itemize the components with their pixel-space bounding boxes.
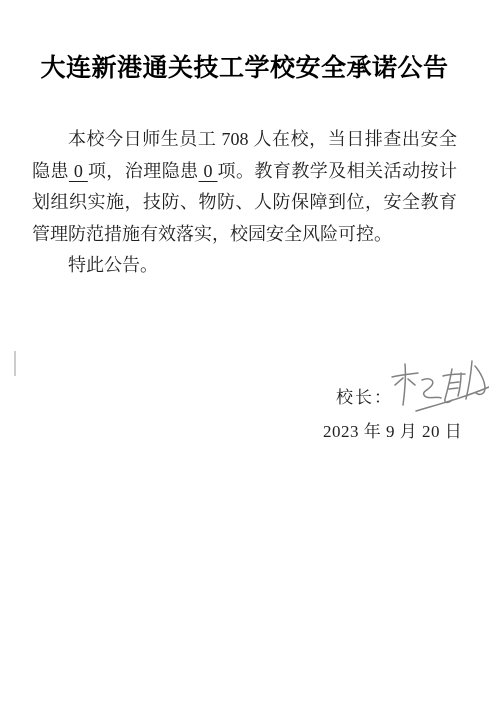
principal-label: 校长：	[336, 383, 393, 408]
underlined-value: 0	[199, 161, 218, 181]
body-paragraph: 本校今日师生员工 708 人在校，当日排查出安全隐患 0 项，治理隐患 0 项。…	[32, 124, 457, 282]
document-date: 2023 年 9 月 20 日	[323, 417, 462, 442]
body-text-segment: 本校今日师生员工 708 人在校，当日排查出安全	[68, 129, 457, 149]
body-line: 划组织实施，技防、物防、人防保障到位，安全教育	[32, 187, 457, 219]
body-text-segment: 管理防范措施有效落实，校园安全风险可控。	[32, 224, 392, 244]
body-text-segment: 项，治理隐患	[88, 161, 199, 181]
document-page: 大连新港通关技工学校安全承诺公告 本校今日师生员工 708 人在校，当日排查出安…	[0, 0, 489, 709]
body-line: 特此公告。	[32, 250, 457, 282]
body-text-segment: 项。教育教学及相关活动按计	[218, 161, 458, 181]
body-text-segment: 划组织实施，技防、物防、人防保障到位，安全教育	[32, 192, 457, 212]
body-line: 管理防范措施有效落实，校园安全风险可控。	[32, 219, 457, 251]
underlined-value: 0	[69, 161, 88, 181]
document-title: 大连新港通关技工学校安全承诺公告	[18, 52, 471, 84]
body-line: 隐患 0 项，治理隐患 0 项。教育教学及相关活动按计	[32, 156, 457, 188]
principal-handwritten-signature-icon	[388, 354, 489, 416]
scan-artifact-line	[14, 351, 16, 376]
body-text-segment: 特此公告。	[68, 255, 158, 275]
body-text-segment: 隐患	[32, 161, 69, 181]
body-line: 本校今日师生员工 708 人在校，当日排查出安全	[32, 124, 457, 156]
